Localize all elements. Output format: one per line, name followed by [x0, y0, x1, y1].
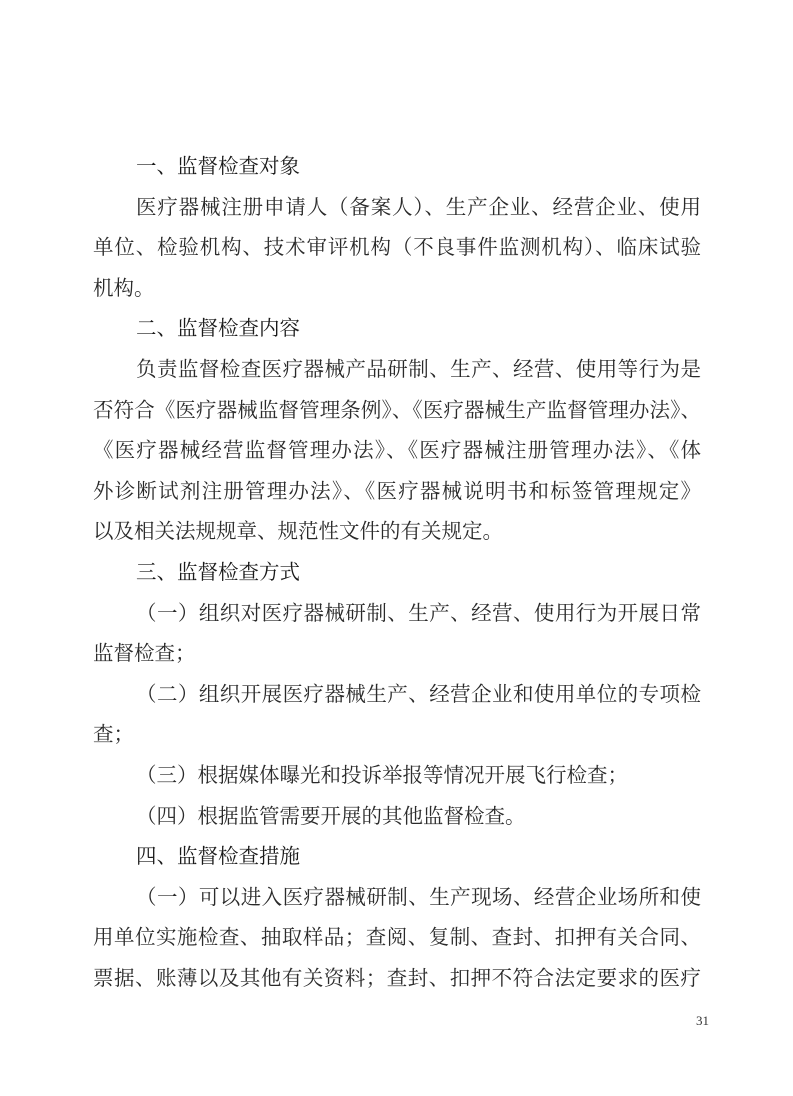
paragraph-line: 以及相关法规规章、规范性文件的有关规定。	[93, 511, 701, 552]
paragraph-line: 机构。	[93, 268, 701, 309]
section-heading-4: 四、监督检查措施	[93, 836, 701, 877]
paragraph-line: （二）组织开展医疗器械生产、经营企业和使用单位的专项检	[93, 674, 701, 715]
paragraph-line: 《医疗器械经营监督管理办法》、《医疗器械注册管理办法》、《体	[93, 430, 701, 471]
document-page: 一、监督检查对象 医疗器械注册申请人（备案人）、生产企业、经营企业、使用 单位、…	[0, 0, 793, 1096]
paragraph-line: 医疗器械注册申请人（备案人）、生产企业、经营企业、使用	[93, 187, 701, 228]
section-heading-3: 三、监督检查方式	[93, 552, 701, 593]
paragraph-line: 外诊断试剂注册管理办法》、《医疗器械说明书和标签管理规定》	[93, 471, 701, 512]
page-number: 31	[696, 1013, 709, 1029]
paragraph-line: 监督检查；	[93, 633, 701, 674]
page-content: 一、监督检查对象 医疗器械注册申请人（备案人）、生产企业、经营企业、使用 单位、…	[93, 146, 701, 998]
section-heading-2: 二、监督检查内容	[93, 308, 701, 349]
paragraph-line: （三）根据媒体曝光和投诉举报等情况开展飞行检查；	[93, 755, 701, 796]
paragraph-line: （一）组织对医疗器械研制、生产、经营、使用行为开展日常	[93, 593, 701, 634]
paragraph-line: （一）可以进入医疗器械研制、生产现场、经营企业场所和使	[93, 877, 701, 918]
paragraph-line: 用单位实施检查、抽取样品；查阅、复制、查封、扣押有关合同、	[93, 917, 701, 958]
paragraph-line: 查；	[93, 714, 701, 755]
paragraph-line: 票据、账薄以及其他有关资料；查封、扣押不符合法定要求的医疗	[93, 958, 701, 999]
section-heading-1: 一、监督检查对象	[93, 146, 701, 187]
paragraph-line: 单位、检验机构、技术审评机构（不良事件监测机构）、临床试验	[93, 227, 701, 268]
paragraph-line: 负责监督检查医疗器械产品研制、生产、经营、使用等行为是	[93, 349, 701, 390]
paragraph-line: 否符合《医疗器械监督管理条例》、《医疗器械生产监督管理办法》、	[93, 390, 701, 431]
paragraph-line: （四）根据监管需要开展的其他监督检查。	[93, 796, 701, 837]
